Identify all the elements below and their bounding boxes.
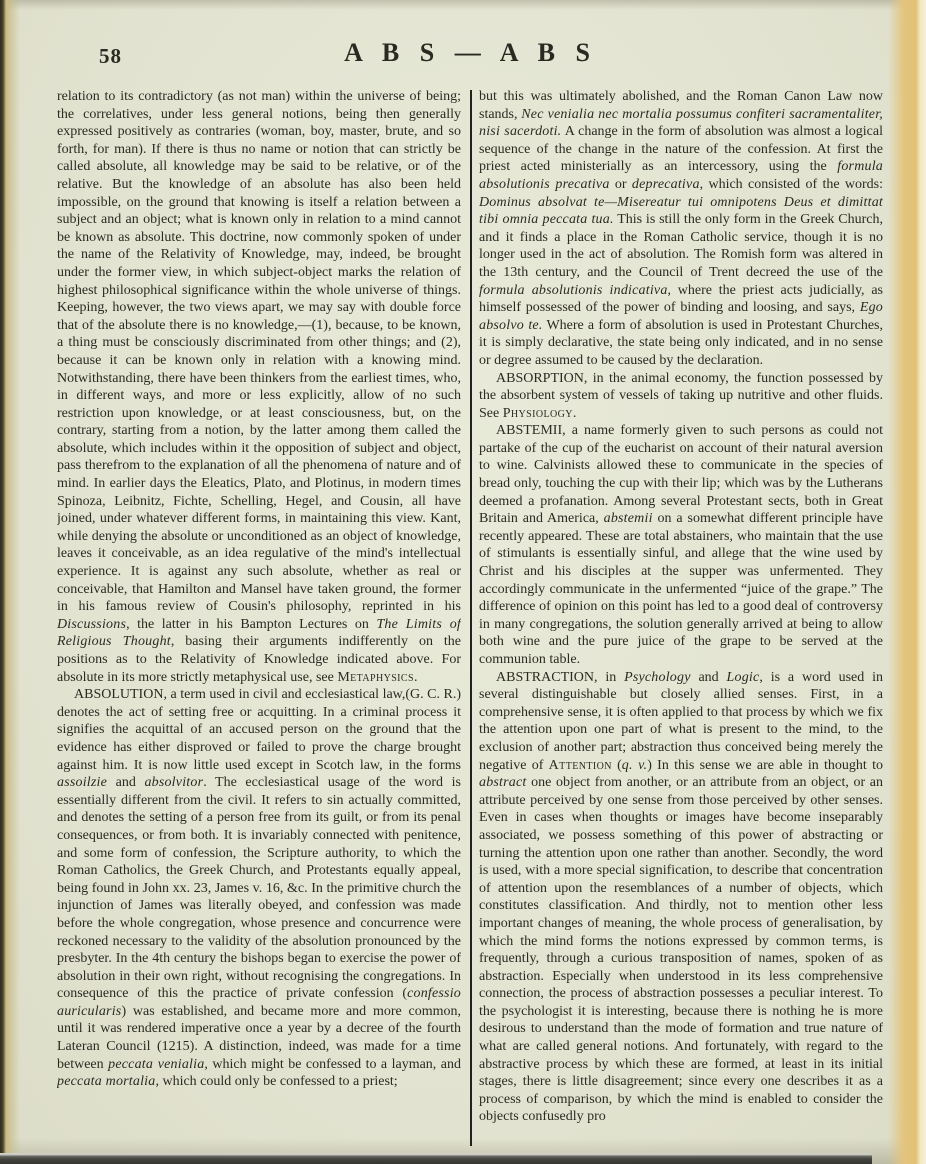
column-right: but this was ultimately abolished, and t… [479,88,883,1152]
text-columns: relation to its contradictory (as not ma… [57,88,883,1152]
paragraph: but this was ultimately abolished, and t… [479,88,883,370]
scanned-book-page: 58 A B S — A B S relation to its contrad… [0,0,926,1164]
scan-bottom-edge [0,1153,872,1164]
paragraph: ABSTRACTION, in Psychology and Logic, is… [479,669,883,1126]
header-title: A B S — A B S [57,38,883,68]
paragraph: ABSOLUTION, a term used in civil and ecc… [57,686,461,1091]
paragraph: relation to its contradictory (as not ma… [57,88,461,686]
page-content: 58 A B S — A B S relation to its contrad… [57,38,883,1152]
column-divider [470,90,472,1146]
paragraph: ABSTEMII, a name formerly given to such … [479,422,883,668]
column-left: relation to its contradictory (as not ma… [57,88,461,1152]
page-header: 58 A B S — A B S [57,38,883,72]
paragraph: ABSORPTION, in the animal economy, the f… [479,370,883,423]
